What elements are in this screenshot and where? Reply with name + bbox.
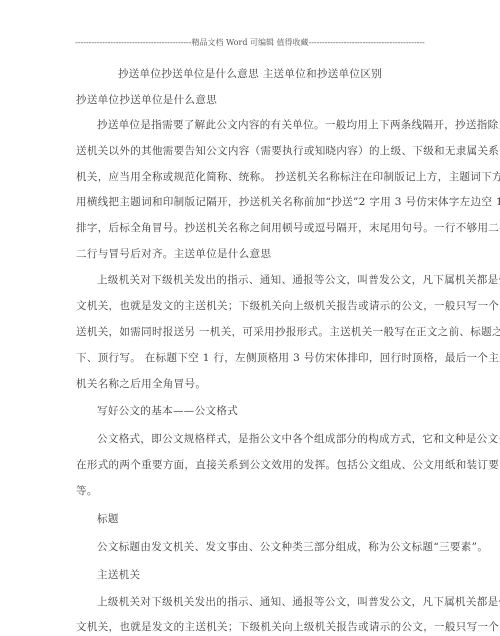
paragraph-line: 文机关，也就是发文的主送机关；下级机关向上级机关报告或请示的公文，一般只写一个主 (76, 620, 424, 634)
section-heading: 主送机关 (97, 568, 424, 582)
paragraph-line: 上级机关对下级机关发出的指示、通知、通报等公文，叫普发公文，凡下属机关都是受 (97, 595, 424, 609)
paragraph-line: 送机关以外的其他需要告知公文内容（需要执行或知晓内容）的上级、下级和无隶属关系的 (76, 144, 424, 158)
paragraph-line: 机关名称之后用全角冒号。 (76, 377, 424, 391)
paragraph-line: 用横线把主题词和印制版记隔开，抄送机关名称前加“抄送”2 字用 3 号仿宋体字左… (76, 195, 424, 209)
paragraph-line: 等。 (76, 484, 424, 498)
paragraph-line: 公文格式，即公文规格样式，是指公文中各个组成部分的构成方式，它和文种是公文外 (97, 432, 424, 446)
section-heading: 标题 (97, 512, 424, 526)
paragraph-line: 送机关，如需同时报送另 一机关，可采用抄报形式。主送机关一般写在正文之前、标题之 (76, 325, 424, 339)
paragraph-line: 排字，后标全角冒号。抄送机关名称之间用顿号或逗号隔开，末尾用句号。一行不够用二行… (76, 221, 424, 235)
paragraph-line: 下、顶行写。 在标题下空 1 行，左侧顶格用 3 号仿宋体排印，回行时顶格，最后… (76, 351, 424, 365)
section-heading: 抄送单位抄送单位是什么意思 (76, 93, 424, 107)
document-title: 抄送单位抄送单位是什么意思 主送单位和抄送单位区别 (0, 67, 500, 81)
paragraph-line: 公文标题由发文机关、发文事由、公文种类三部分组成，称为公文标题“三要素”。 (97, 540, 424, 554)
paragraph-line: 机关，应当用全称或规范化简称、统称。 抄送机关名称标注在印制版记上方，主题词下方… (76, 170, 424, 184)
page-header-banner: ----------------------------------------… (0, 36, 500, 50)
paragraph-line: 上级机关对下级机关发出的指示、通知、通报等公文，叫普发公文，凡下属机关都是受 (97, 273, 424, 287)
paragraph-line: 二行与冒号后对齐。主送单位是什么意思 (76, 247, 424, 261)
section-heading: 写好公文的基本——公文格式 (97, 404, 424, 418)
paragraph-line: 在形式的两个重要方面，直接关系到公文效用的发挥。包括公文组成、公文用纸和装订要求 (76, 458, 424, 472)
paragraph-line: 抄送单位是指需要了解此公文内容的有关单位。一般均用上下两条线隔开，抄送指除主 (97, 118, 424, 132)
paragraph-line: 文机关，也就是发文的主送机关；下级机关向上级机关报告或请示的公文，一般只写一个主 (76, 299, 424, 313)
